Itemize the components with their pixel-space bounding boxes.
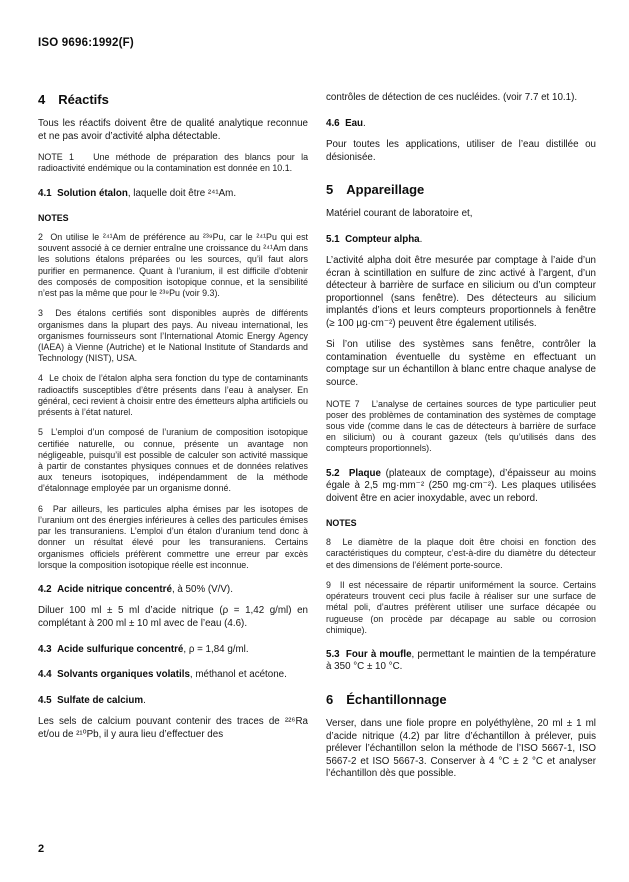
paragraph-lab-equipment: Matériel courant de laboratoire et, [326, 208, 596, 221]
notes-heading: NOTES [38, 213, 308, 223]
clause-4-5: 4.5 Sulfate de calcium. [38, 695, 308, 708]
left-column: 4Réactifs Tous les réactifs doivent être… [38, 92, 308, 790]
section-title: Échantillonnage [346, 692, 446, 707]
section-number: 6 [326, 692, 333, 707]
clause-rest: . [363, 118, 366, 129]
clause-term: 4.6 Eau [326, 118, 363, 129]
note-6: 6 Par ailleurs, les particules alpha émi… [38, 504, 308, 571]
paragraph-alpha-counter: L’activité alpha doit être mesurée par c… [326, 255, 596, 330]
note-8: 8 Le diamètre de la plaque doit être cho… [326, 537, 596, 571]
clause-4-4: 4.4 Solvants organiques volatils, méthan… [38, 669, 308, 682]
clause-term: 5.3 Four à moufle [326, 649, 412, 660]
paragraph-reagents-intro: Tous les réactifs doivent être de qualit… [38, 118, 308, 143]
document-page: ISO 9696:1992(F) 4Réactifs Tous les réac… [0, 0, 629, 882]
section-6-heading: 6Échantillonnage [326, 692, 596, 707]
note-7: NOTE 7 L’analyse de certaines sources de… [326, 399, 596, 455]
note-3: 3 Des étalons certifiés sont disponibles… [38, 308, 308, 364]
right-column: contrôles de détection de ces nucléides.… [326, 92, 596, 790]
section-5-heading: 5Appareillage [326, 182, 596, 197]
clause-rest: , à 50% (V/V). [172, 584, 233, 595]
notes-heading: NOTES [326, 518, 596, 528]
clause-term: 4.2 Acide nitrique concentré [38, 584, 172, 595]
clause-rest: , méthanol et acétone. [190, 669, 287, 680]
paragraph-windowless-systems: Si l’on utilise des systèmes sans fenêtr… [326, 339, 596, 389]
clause-4-3: 4.3 Acide sulfurique concentré, ρ = 1,84… [38, 644, 308, 657]
paragraph-continuation: contrôles de détection de ces nucléides.… [326, 92, 596, 105]
note-5: 5 L’emploi d’un composé de l’uranium de … [38, 427, 308, 494]
clause-4-2: 4.2 Acide nitrique concentré, à 50% (V/V… [38, 584, 308, 597]
section-title: Réactifs [58, 92, 109, 107]
clause-rest: . [143, 695, 146, 706]
clause-rest: , laquelle doit être ²⁴¹Am. [128, 188, 236, 199]
clause-term: 5.1 Compteur alpha [326, 234, 420, 245]
paragraph-sampling: Verser, dans une fiole propre en polyéth… [326, 718, 596, 781]
clause-term: 5.2 Plaque [326, 468, 381, 479]
document-reference-header: ISO 9696:1992(F) [38, 37, 134, 49]
section-4-heading: 4Réactifs [38, 92, 308, 107]
paragraph-calcium-salts: Les sels de calcium pouvant contenir des… [38, 716, 308, 741]
note-1: NOTE 1 Une méthode de préparation des bl… [38, 152, 308, 174]
clause-term: 4.5 Sulfate de calcium [38, 695, 143, 706]
section-number: 5 [326, 182, 333, 197]
clause-rest: , ρ = 1,84 g/ml. [183, 644, 248, 655]
section-number: 4 [38, 92, 45, 107]
clause-5-1: 5.1 Compteur alpha. [326, 234, 596, 247]
two-column-body: 4Réactifs Tous les réactifs doivent être… [38, 92, 596, 790]
paragraph-water: Pour toutes les applications, utiliser d… [326, 139, 596, 164]
page-number: 2 [38, 843, 44, 855]
note-4: 4 Le choix de l’étalon alpha sera foncti… [38, 373, 308, 418]
note-9: 9 Il est nécessaire de répartir uniformé… [326, 580, 596, 636]
clause-term: 4.1 Solution étalon [38, 188, 128, 199]
clause-4-6: 4.6 Eau. [326, 118, 596, 131]
clause-5-2: 5.2 Plaque (plateaux de comptage), d’épa… [326, 468, 596, 506]
clause-term: 4.4 Solvants organiques volatils [38, 669, 190, 680]
section-title: Appareillage [346, 182, 424, 197]
clause-term: 4.3 Acide sulfurique concentré [38, 644, 183, 655]
note-2: 2 On utilise le ²⁴¹Am de préférence au ²… [38, 232, 308, 299]
clause-5-3: 5.3 Four à moufle, permettant le maintie… [326, 649, 596, 674]
paragraph-dilution: Diluer 100 ml ± 5 ml d’acide nitrique (ρ… [38, 605, 308, 630]
clause-4-1: 4.1 Solution étalon, laquelle doit être … [38, 188, 308, 201]
clause-rest: . [420, 234, 423, 245]
